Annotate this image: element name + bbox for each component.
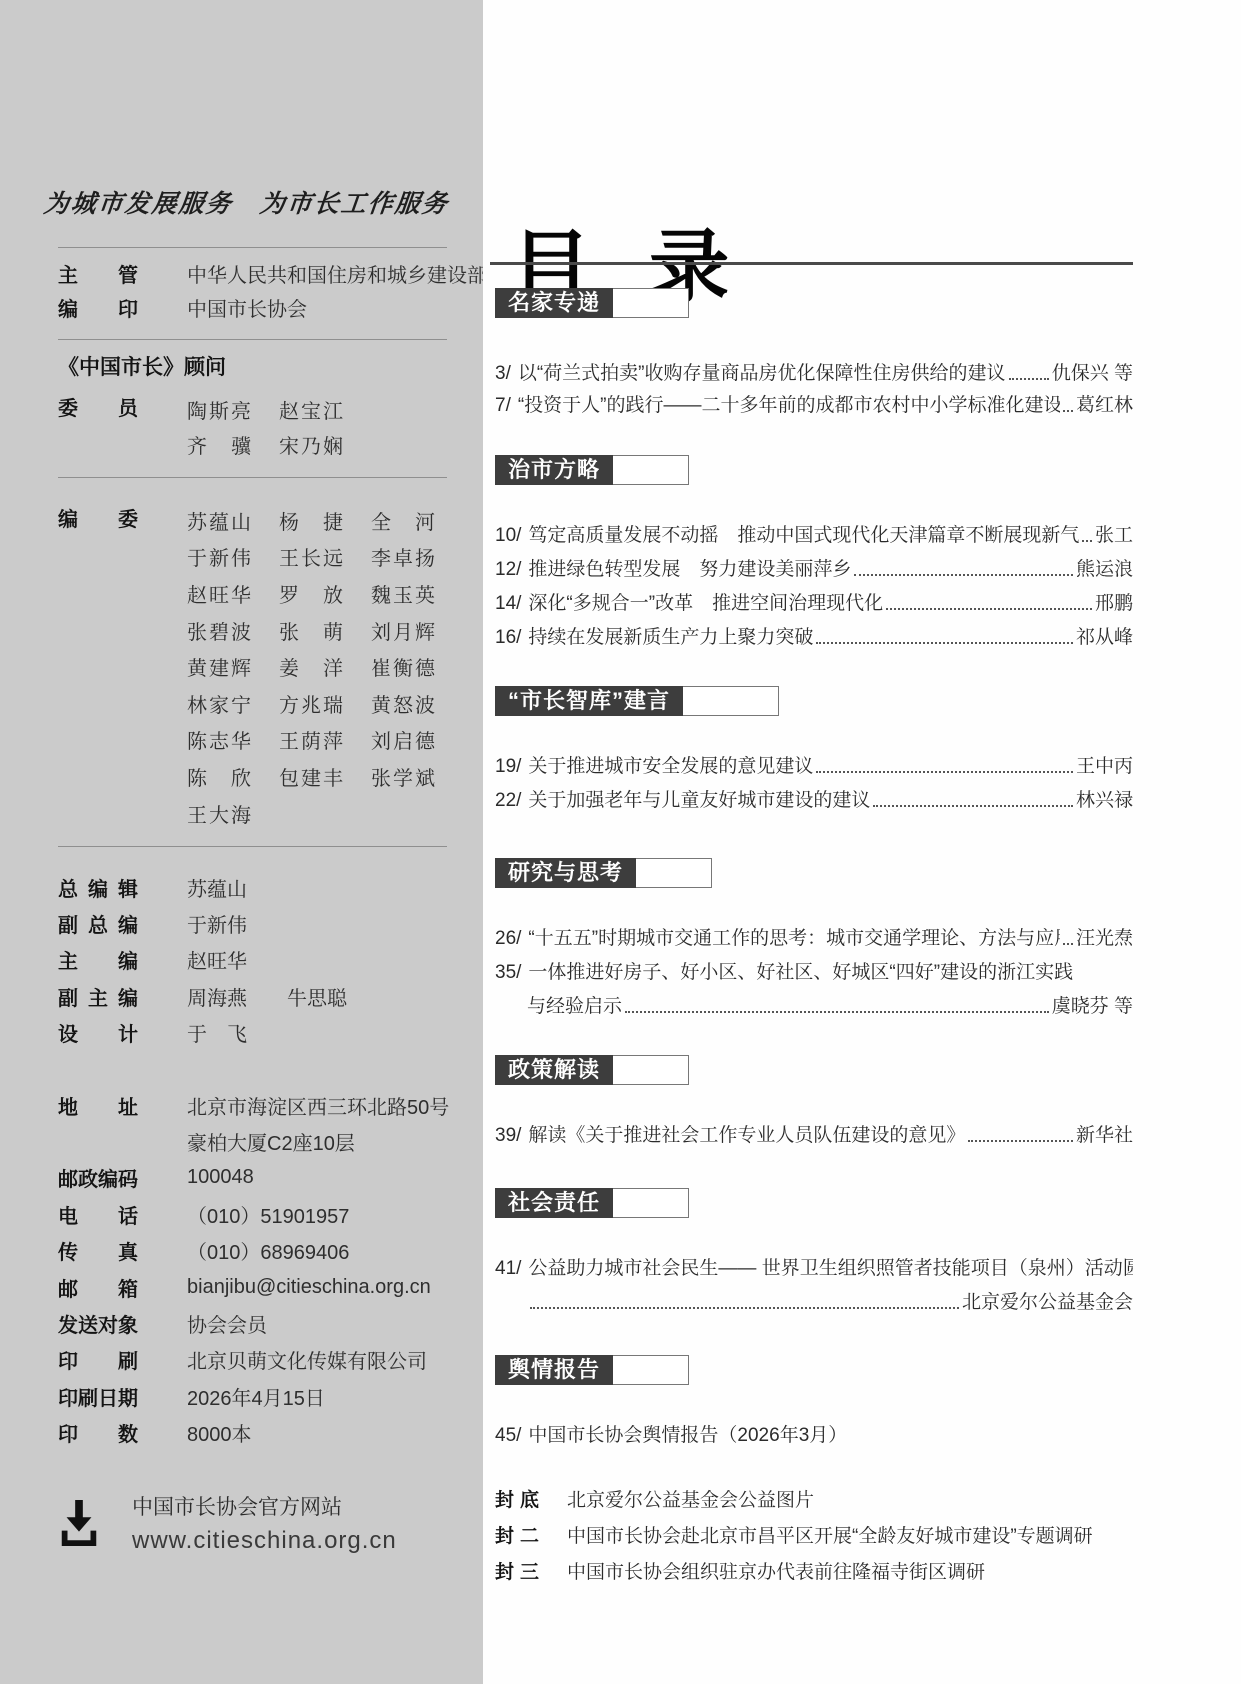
info-row: 发送对象协会会员 — [0, 1305, 483, 1341]
row-value: 赵旺华 — [187, 945, 247, 974]
toc-item-text: 公益助力城市社会民生—— 世界卫生组织照管者技能项目（泉州）活动圆满完成 — [528, 1256, 1133, 1282]
section-header-tab — [613, 1188, 689, 1218]
toc-item-text: 一体推进好房子、好小区、好社区、好城区“四好”建设的浙江实践 — [528, 960, 1073, 986]
toc-main: 目 录 名家专递3/以“荷兰式拍卖”收购存量商品房优化保障性住房供给的建议仇保兴… — [483, 0, 1241, 1684]
website-url: www.citieschina.org.cn — [132, 1524, 397, 1558]
section-header: 治市方略 — [495, 455, 1133, 485]
member-name: 全河 — [371, 506, 435, 535]
toc-item-author: 汪光焘 — [1076, 926, 1133, 952]
dot-leader — [1063, 943, 1073, 945]
section-header-tab — [613, 1355, 689, 1385]
member-name: 陈志华 — [187, 725, 251, 754]
toc-item-number: 26/ — [495, 926, 521, 952]
section-header-tab — [683, 686, 779, 716]
dot-leader — [530, 1307, 959, 1309]
member-name: 王长远 — [279, 542, 343, 571]
section-header: 名家专递 — [495, 288, 1133, 318]
staff-row: 副主编周海燕 牛思聪 — [0, 978, 483, 1014]
section-header-label: 名家专递 — [495, 288, 613, 318]
section-header-label: 政策解读 — [495, 1055, 613, 1085]
info-row: 电话（010）51901957 — [0, 1196, 483, 1232]
member-name: 姜洋 — [279, 652, 343, 681]
toc-item: 22/关于加强老年与儿童友好城市建设的建议林兴禄 — [495, 780, 1133, 814]
toc-item-text: 解读《关于推进社会工作专业人员队伍建设的意见》 — [528, 1123, 965, 1149]
toc-item: 39/解读《关于推进社会工作专业人员队伍建设的意见》新华社 — [495, 1115, 1133, 1149]
magazine-toc-page: 为城市发展服务 为市长工作服务 主管中华人民共和国住房和城乡建设部编印中国市长协… — [0, 0, 1241, 1684]
row-label: 发送对象 — [58, 1309, 138, 1338]
toc-item-number: 14/ — [495, 591, 521, 617]
divider — [58, 339, 447, 340]
website-name: 中国市长协会官方网站 — [132, 1492, 397, 1524]
row-value: （010）51901957 — [187, 1200, 349, 1229]
toc-section: 舆情报告45/中国市长协会舆情报告（2026年3月） — [495, 1355, 1133, 1449]
title-rule — [490, 262, 1133, 265]
cover-label: 封二 — [495, 1521, 539, 1548]
row-value: （010）68969406 — [187, 1236, 349, 1265]
section-header: “市长智库”建言 — [495, 686, 1133, 716]
dot-leader — [968, 1140, 1073, 1142]
row-value: 苏蕴山 — [187, 873, 247, 902]
toc-item-author: 虞晓芬 等 — [1052, 994, 1133, 1020]
divider — [58, 247, 447, 248]
row-label: 印刷日期 — [58, 1382, 138, 1411]
cover-notes: 封底北京爱尔公益基金会公益图片封二中国市长协会赴北京市昌平区开展“全龄友好城市建… — [495, 1480, 1133, 1588]
section-header: 政策解读 — [495, 1055, 1133, 1085]
toc-item-number: 39/ — [495, 1123, 521, 1149]
cover-note-row: 封二中国市长协会赴北京市昌平区开展“全龄友好城市建设”专题调研 — [495, 1516, 1133, 1552]
toc-item-author: 北京爱尔公益基金会 — [962, 1290, 1133, 1316]
toc-item: 14/深化“多规合一”改革 推进空间治理现代化邢鹏 — [495, 583, 1133, 617]
member-name: 林家宁 — [187, 689, 251, 718]
cover-text: 中国市长协会组织驻京办代表前往隆福寺街区调研 — [567, 1557, 985, 1584]
member-name: 张学斌 — [371, 762, 435, 791]
toc-item-author: 仇保兴 等 — [1052, 361, 1133, 387]
member-name: 赵宝江 — [279, 395, 343, 424]
toc-item-number: 45/ — [495, 1423, 521, 1449]
publisher-row: 编印中国市长协会 — [0, 290, 483, 324]
section-items: 41/公益助力城市社会民生—— 世界卫生组织照管者技能项目（泉州）活动圆满完成北… — [495, 1248, 1133, 1316]
member-name: 宋乃娴 — [279, 430, 343, 459]
member-name: 齐骥 — [187, 430, 251, 459]
toc-item-author: 熊运浪 — [1076, 557, 1133, 583]
toc-section: “市长智库”建言19/关于推进城市安全发展的意见建议王中丙22/关于加强老年与儿… — [495, 686, 1133, 814]
advisors-title: 《中国市长》顾问 — [58, 351, 226, 381]
toc-item-number: 19/ — [495, 754, 521, 780]
cover-text: 北京爱尔公益基金会公益图片 — [567, 1485, 814, 1512]
member-name: 张碧波 — [187, 616, 251, 645]
member-name: 魏玉英 — [371, 579, 435, 608]
section-header-label: 治市方略 — [495, 455, 613, 485]
toc-item: 北京爱尔公益基金会 — [495, 1282, 1133, 1316]
row-value: bianjibu@citieschina.org.cn — [187, 1276, 431, 1299]
info-row: 地址北京市海淀区西三环北路50号 — [0, 1087, 483, 1123]
toc-item-number: 22/ — [495, 788, 521, 814]
toc-section: 研究与思考26/“十五五”时期城市交通工作的思考：城市交通学理论、方法与应用汪光… — [495, 858, 1133, 1020]
row-label: 印数 — [58, 1418, 138, 1447]
staff-row: 主编赵旺华 — [0, 942, 483, 978]
dot-leader — [873, 805, 1073, 807]
section-header-label: “市长智库”建言 — [495, 686, 683, 716]
toc-item-text: 关于推进城市安全发展的意见建议 — [528, 754, 813, 780]
section-header-tab — [613, 1055, 689, 1085]
dot-leader — [625, 1011, 1049, 1013]
toc-item: 与经验启示虞晓芬 等 — [495, 986, 1133, 1020]
member-name: 赵旺华 — [187, 579, 251, 608]
toc-item-text: 笃定高质量发展不动摇 推动中国式现代化天津篇章不断展现新气象 — [528, 523, 1079, 549]
divider — [58, 846, 447, 847]
toc-item-text: 深化“多规合一”改革 推进空间治理现代化 — [528, 591, 883, 617]
cover-note-row: 封三中国市长协会组织驻京办代表前往隆福寺街区调研 — [495, 1552, 1133, 1588]
toc-section: 名家专递3/以“荷兰式拍卖”收购存量商品房优化保障性住房供给的建议仇保兴 等7/… — [495, 288, 1133, 419]
row-value: 北京市海淀区西三环北路50号 — [187, 1091, 449, 1120]
toc-item-number: 16/ — [495, 625, 521, 651]
dot-leader — [1063, 410, 1073, 412]
section-header-tab — [613, 288, 689, 318]
section-items: 26/“十五五”时期城市交通工作的思考：城市交通学理论、方法与应用汪光焘35/一… — [495, 918, 1133, 1020]
row-value: 8000本 — [187, 1418, 252, 1447]
imprint-block: 地址北京市海淀区西三环北路50号豪柏大厦C2座10层邮政编码100048电话（0… — [0, 1087, 483, 1451]
staff-row: 副总编于新伟 — [0, 905, 483, 941]
toc-section: 政策解读39/解读《关于推进社会工作专业人员队伍建设的意见》新华社 — [495, 1055, 1133, 1149]
toc-item: 35/一体推进好房子、好小区、好社区、好城区“四好”建设的浙江实践 — [495, 952, 1133, 986]
member-name: 黄建辉 — [187, 652, 251, 681]
row-value: 周海燕 牛思聪 — [187, 982, 347, 1011]
toc-item-author: 新华社 — [1076, 1123, 1133, 1149]
section-header: 社会责任 — [495, 1188, 1133, 1218]
toc-item: 3/以“荷兰式拍卖”收购存量商品房优化保障性住房供给的建议仇保兴 等 — [495, 355, 1133, 387]
section-header: 舆情报告 — [495, 1355, 1133, 1385]
info-row: 印刷日期2026年4月15日 — [0, 1378, 483, 1414]
member-name: 黄怒波 — [371, 689, 435, 718]
info-row: 邮箱bianjibu@citieschina.org.cn — [0, 1269, 483, 1305]
toc-item: 19/关于推进城市安全发展的意见建议王中丙 — [495, 746, 1133, 780]
toc-item-text: 推进绿色转型发展 努力建设美丽萍乡 — [528, 557, 851, 583]
dot-leader — [816, 771, 1073, 773]
row-label: 编印 — [58, 293, 138, 322]
toc-item-number: 3/ — [495, 361, 511, 387]
member-name: 罗放 — [279, 579, 343, 608]
info-row: 印刷北京贝萌文化传媒有限公司 — [0, 1342, 483, 1378]
toc-item: 12/推进绿色转型发展 努力建设美丽萍乡熊运浪 — [495, 549, 1133, 583]
member-name: 刘月辉 — [371, 616, 435, 645]
member-name: 陶斯亮 — [187, 395, 251, 424]
cover-note-row: 封底北京爱尔公益基金会公益图片 — [495, 1480, 1133, 1516]
cover-label: 封底 — [495, 1485, 539, 1512]
section-items: 45/中国市长协会舆情报告（2026年3月） — [495, 1415, 1133, 1449]
member-name: 陈欣 — [187, 762, 251, 791]
advisors-label: 委员 — [58, 392, 138, 427]
editorial-board: 编委 苏蕴山杨捷全河于新伟王长远李卓扬赵旺华罗放魏玉英张碧波张萌刘月辉黄建辉姜洋… — [0, 502, 483, 831]
editorial-board-names: 苏蕴山杨捷全河于新伟王长远李卓扬赵旺华罗放魏玉英张碧波张萌刘月辉黄建辉姜洋崔衡德… — [0, 502, 483, 831]
member-name: 苏蕴山 — [187, 506, 251, 535]
info-row: 邮政编码100048 — [0, 1160, 483, 1196]
toc-item-number: 12/ — [495, 557, 521, 583]
section-header-tab — [613, 455, 689, 485]
toc-item-text: 与经验启示 — [527, 994, 622, 1020]
row-label: 主编 — [58, 945, 138, 974]
toc-item: 26/“十五五”时期城市交通工作的思考：城市交通学理论、方法与应用汪光焘 — [495, 918, 1133, 952]
toc-item-author: 王中丙 — [1076, 754, 1133, 780]
row-label: 设计 — [58, 1018, 138, 1047]
row-label: 主管 — [58, 259, 138, 288]
row-value: 中国市长协会 — [187, 293, 307, 322]
info-row: 印数8000本 — [0, 1415, 483, 1451]
section-items: 39/解读《关于推进社会工作专业人员队伍建设的意见》新华社 — [495, 1115, 1133, 1149]
cover-text: 中国市长协会赴北京市昌平区开展“全龄友好城市建设”专题调研 — [567, 1521, 1093, 1548]
member-name: 李卓扬 — [371, 542, 435, 571]
toc-item-text: 以“荷兰式拍卖”收购存量商品房优化保障性住房供给的建议 — [518, 361, 1006, 387]
staff-row: 总编辑苏蕴山 — [0, 869, 483, 905]
row-value: 于新伟 — [187, 909, 247, 938]
row-label: 副主编 — [58, 982, 138, 1011]
section-header-label: 社会责任 — [495, 1188, 613, 1218]
staff-row: 设计于 飞 — [0, 1015, 483, 1051]
toc-item-text: “投资于人”的践行——二十多年前的成都市农村中小学标准化建设 — [518, 393, 1060, 419]
section-header: 研究与思考 — [495, 858, 1133, 888]
row-label: 邮箱 — [58, 1273, 138, 1302]
editorial-board-label: 编委 — [58, 502, 138, 539]
row-value: 2026年4月15日 — [187, 1382, 325, 1411]
section-items: 19/关于推进城市安全发展的意见建议王中丙22/关于加强老年与儿童友好城市建设的… — [495, 746, 1133, 814]
row-value: 100048 — [187, 1166, 254, 1189]
toc-section: 社会责任41/公益助力城市社会民生—— 世界卫生组织照管者技能项目（泉州）活动圆… — [495, 1188, 1133, 1316]
toc-item-number: 35/ — [495, 960, 521, 986]
row-value: 协会会员 — [187, 1309, 267, 1338]
toc-item-text: 持续在发展新质生产力上聚力突破 — [528, 625, 813, 651]
toc-item-number: 10/ — [495, 523, 521, 549]
member-name: 方兆瑞 — [279, 689, 343, 718]
member-name: 杨捷 — [279, 506, 343, 535]
member-name: 王荫萍 — [279, 725, 343, 754]
row-value: 中华人民共和国住房和城乡建设部 — [187, 259, 487, 288]
publisher-row: 主管中华人民共和国住房和城乡建设部 — [0, 256, 483, 290]
info-row: 传真（010）68969406 — [0, 1233, 483, 1269]
row-label: 电话 — [58, 1200, 138, 1229]
toc-item: 41/公益助力城市社会民生—— 世界卫生组织照管者技能项目（泉州）活动圆满完成 — [495, 1248, 1133, 1282]
toc-item-number: 7/ — [495, 393, 511, 419]
toc-item-author: 林兴禄 — [1076, 788, 1133, 814]
member-name: 包建丰 — [279, 762, 343, 791]
member-name: 王大海 — [187, 799, 251, 828]
toc-item-author: 葛红林 — [1076, 393, 1133, 419]
row-label: 印刷 — [58, 1345, 138, 1374]
member-name: 张萌 — [279, 616, 343, 645]
website-block: 中国市长协会官方网站 www.citieschina.org.cn — [56, 1492, 397, 1558]
publisher-block: 主管中华人民共和国住房和城乡建设部编印中国市长协会 — [0, 256, 483, 324]
toc-item: 16/持续在发展新质生产力上聚力突破祁从峰 — [495, 617, 1133, 651]
section-header-label: 研究与思考 — [495, 858, 636, 888]
section-items: 10/笃定高质量发展不动摇 推动中国式现代化天津篇章不断展现新气象张工12/推进… — [495, 515, 1133, 651]
member-name: 刘启德 — [371, 725, 435, 754]
advisors-block: 委员 陶斯亮赵宝江齐骥宋乃娴 — [0, 392, 483, 462]
magazine-slogan: 为城市发展服务 为市长工作服务 — [42, 184, 446, 220]
cover-label: 封三 — [495, 1557, 539, 1584]
toc-item-author: 邢鹏 — [1095, 591, 1133, 617]
toc-item-text: “十五五”时期城市交通工作的思考：城市交通学理论、方法与应用 — [528, 926, 1060, 952]
dot-leader — [816, 642, 1073, 644]
member-name: 崔衡德 — [371, 652, 435, 681]
toc-item: 7/“投资于人”的践行——二十多年前的成都市农村中小学标准化建设葛红林 — [495, 387, 1133, 419]
toc-item-author: 张工 — [1095, 523, 1133, 549]
staff-block: 总编辑苏蕴山副总编于新伟主编赵旺华副主编周海燕 牛思聪设计于 飞 — [0, 869, 483, 1051]
member-name: 于新伟 — [187, 542, 251, 571]
toc-item: 10/笃定高质量发展不动摇 推动中国式现代化天津篇章不断展现新气象张工 — [495, 515, 1133, 549]
dot-leader — [1009, 378, 1049, 380]
toc-item-author: 祁从峰 — [1076, 625, 1133, 651]
section-header-tab — [636, 858, 712, 888]
toc-item-text: 关于加强老年与儿童友好城市建设的建议 — [528, 788, 870, 814]
row-label: 副总编 — [58, 909, 138, 938]
row-label: 邮政编码 — [58, 1163, 138, 1192]
download-icon — [56, 1498, 102, 1548]
row-label: 传真 — [58, 1236, 138, 1265]
toc-section: 治市方略10/笃定高质量发展不动摇 推动中国式现代化天津篇章不断展现新气象张工1… — [495, 455, 1133, 651]
toc-item-text: 中国市长协会舆情报告（2026年3月） — [528, 1423, 847, 1449]
toc-item: 45/中国市长协会舆情报告（2026年3月） — [495, 1415, 1133, 1449]
divider — [58, 477, 447, 478]
dot-leader — [854, 574, 1073, 576]
row-label: 地址 — [58, 1091, 138, 1120]
row-label: 总编辑 — [58, 873, 138, 902]
dot-leader — [886, 608, 1092, 610]
masthead-sidebar: 为城市发展服务 为市长工作服务 主管中华人民共和国住房和城乡建设部编印中国市长协… — [0, 0, 483, 1684]
dot-leader — [1082, 540, 1092, 542]
section-items: 3/以“荷兰式拍卖”收购存量商品房优化保障性住房供给的建议仇保兴 等7/“投资于… — [495, 355, 1133, 419]
section-header-label: 舆情报告 — [495, 1355, 613, 1385]
info-row: 豪柏大厦C2座10层 — [0, 1123, 483, 1159]
row-value: 豪柏大厦C2座10层 — [187, 1127, 355, 1156]
toc-item-number: 41/ — [495, 1256, 521, 1282]
row-value: 北京贝萌文化传媒有限公司 — [187, 1345, 427, 1374]
row-value: 于 飞 — [187, 1018, 247, 1047]
